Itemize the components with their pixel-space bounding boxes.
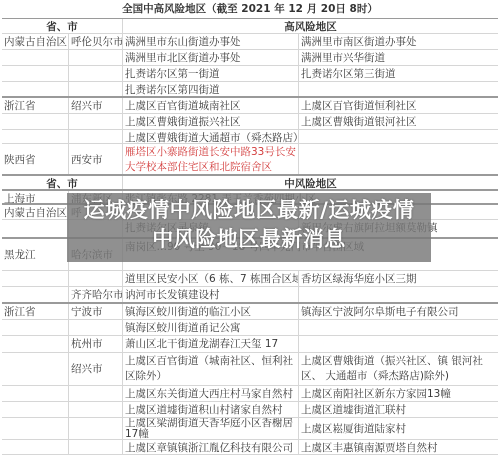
city-cell xyxy=(69,386,123,401)
table-row: 齐齐哈尔市 讷河市长发镇建设村 xyxy=(2,287,498,304)
city-cell: 西安市 xyxy=(69,144,123,174)
area-cell: 萧山区北干街道龙湖春江天玺 17 xyxy=(123,336,299,352)
area-cell: 满洲里市北区街道办事处 xyxy=(123,50,299,65)
area-cell: 扎赉诺尔区第一街道 xyxy=(123,66,299,81)
area-cell: 上虞区梁湖街道天香华庭小区香榭居17幢 xyxy=(123,418,299,439)
city-cell xyxy=(69,66,123,81)
area-cell: 上虞区道墟街道积山村诸家自然村 xyxy=(123,402,299,417)
province-cell xyxy=(2,440,69,454)
medium-risk-header-row: 省、市 中风险地区 xyxy=(2,176,498,191)
city-cell xyxy=(69,440,123,454)
table-row: 上虞区梁湖街道天香华庭小区香榭居17幢 上虞区崧厦街道陆家村 xyxy=(2,418,498,440)
area-cell xyxy=(299,336,498,352)
province-cell: 内蒙古自治区 xyxy=(2,205,69,219)
province-cell xyxy=(2,418,69,439)
province-cell xyxy=(2,353,69,385)
table-row: 上虞区曹娥街道大通超市（舜杰路店） xyxy=(2,130,498,144)
area-cell: 道里区民安小区（6 栋、7 栋围合区域） xyxy=(123,271,299,286)
province-cell xyxy=(2,82,69,96)
table-row: 内蒙古自治区 呼伦贝尔市 满洲里市东山街道办事处 满洲里市南区街道办事处 xyxy=(2,34,498,50)
medium-risk-areas-header: 中风险地区 xyxy=(123,176,498,189)
city-cell xyxy=(69,82,123,96)
area-cell: 上虞区章镇镇浙江胤亿科技有限公司 xyxy=(123,440,299,454)
area-cell: 上虞区曹娥街道振兴社区 xyxy=(123,114,299,129)
table-row: 浙江省 绍兴市 上虞区百官街道城南社区 上虞区百官街道恒利社区 xyxy=(2,98,498,114)
city-cell xyxy=(69,418,123,439)
city-cell: 齐齐哈尔市 xyxy=(69,287,123,302)
area-cell: 上虞区曹娥街道大通超市（舜杰路店） xyxy=(123,130,299,143)
province-cell xyxy=(2,402,69,417)
area-cell: 镇海区蛟川街道甬记公寓 xyxy=(123,320,299,335)
province-cell: 内蒙古自治区 xyxy=(2,34,69,49)
area-cell xyxy=(299,130,498,143)
area-cell: 香坊区绿海华庭小区三期 xyxy=(299,271,498,286)
headline-line-2: 中风险地区最新消息 xyxy=(67,225,431,254)
city-cell xyxy=(69,320,123,335)
headline-line-1: 运城疫情中风险地区最新/运城疫情 xyxy=(67,196,431,225)
province-cell: 上海市 xyxy=(2,191,69,203)
high-risk-areas-header: 高风险地区 xyxy=(123,19,498,33)
table-row: 扎赉诺尔区第四街道 xyxy=(2,82,498,98)
area-cell: 扎赉诺尔区第四街道 xyxy=(123,82,299,96)
province-cell xyxy=(2,220,69,237)
table-row: 镇海区蛟川街道甬记公寓 xyxy=(2,320,498,336)
province-cell xyxy=(2,271,69,286)
province-cell xyxy=(2,386,69,401)
province-cell: 陕西省 xyxy=(2,144,69,174)
area-cell: 讷河市长发镇建设村 xyxy=(123,287,299,302)
area-cell: 镇海区宁波阿尔阜斯电子有限公司 xyxy=(299,304,498,319)
city-cell: 绍兴市 xyxy=(69,98,123,113)
table-row: 浙江省 宁波市 镇海区蛟川街道的临江小区 镇海区宁波阿尔阜斯电子有限公司 xyxy=(2,304,498,320)
area-cell: 上虞区曹娥街道（振兴社区、镇 银河社区、 大通超市（舜杰路店)除外) xyxy=(299,353,498,385)
city-cell xyxy=(69,271,123,286)
city-cell xyxy=(69,402,123,417)
area-cell: 上虞区丰惠镇南源贾塔自然村 xyxy=(299,440,498,454)
area-cell: 上虞区百官街道城南社区 xyxy=(123,98,299,113)
province-cell xyxy=(2,114,69,129)
area-cell: 上虞区东关街道大西庄村马家自然村 xyxy=(123,386,299,401)
area-cell xyxy=(299,144,498,174)
headline-overlay: 运城疫情中风险地区最新/运城疫情 中风险地区最新消息 xyxy=(67,196,431,254)
table-row: 绍兴市 上虞区百官街道（城南社区、恒利社区除外） 上虞区曹娥街道（振兴社区、镇 … xyxy=(2,353,498,386)
area-cell: 上虞区百官街道恒利社区 xyxy=(299,98,498,113)
city-cell: 宁波市 xyxy=(69,304,123,319)
table-row: 上虞区道墟街道积山村诸家自然村 上虞区道墟街道汇联村 xyxy=(2,402,498,418)
province-cell xyxy=(2,336,69,352)
city-cell: 绍兴市 xyxy=(69,353,123,385)
table-title: 全国中高风险地区（截至 2021 年 12 月 20日 8时） xyxy=(2,0,498,19)
area-cell xyxy=(299,82,498,96)
city-cell xyxy=(69,130,123,143)
province-cell xyxy=(2,320,69,335)
table-row: 上虞区东关街道大西庄村马家自然村 上虞区南阳社区新东方家园13幢 xyxy=(2,386,498,402)
table-row: 满洲里市北区街道办事处 满洲里市兴华街道 xyxy=(2,50,498,66)
table-row: 杭州市 萧山区北干街道龙湖春江天玺 17 xyxy=(2,336,498,353)
city-cell: 杭州市 xyxy=(69,336,123,352)
area-cell: 上虞区崧厦街道陆家村 xyxy=(299,418,498,439)
area-cell xyxy=(299,320,498,335)
province-city-header: 省、市 xyxy=(2,176,123,189)
table-row: 上虞区章镇镇浙江胤亿科技有限公司 上虞区丰惠镇南源贾塔自然村 xyxy=(2,440,498,455)
province-cell xyxy=(2,130,69,143)
province-cell xyxy=(2,287,69,302)
area-cell: 上虞区道墟街道汇联村 xyxy=(299,402,498,417)
area-cell: 扎赉诺尔区第三街道 xyxy=(299,66,498,81)
area-cell: 上虞区曹娥街道银河社区 xyxy=(299,114,498,129)
province-cell: 浙江省 xyxy=(2,304,69,319)
area-cell: 满洲里市南区街道办事处 xyxy=(299,34,498,49)
province-cell: 黑龙江 xyxy=(2,239,69,270)
area-cell: 满洲里市兴华街道 xyxy=(299,50,498,65)
area-cell: 满洲里市东山街道办事处 xyxy=(123,34,299,49)
province-cell: 浙江省 xyxy=(2,98,69,113)
city-cell xyxy=(69,114,123,129)
table-row: 陕西省 西安市 雁塔区小寨路街道长安中路33号长安大学校本部住宅区和北院宿舍区 xyxy=(2,144,498,176)
province-cell xyxy=(2,66,69,81)
high-risk-header-row: 省、市 高风险地区 xyxy=(2,19,498,34)
table-row: 上虞区曹娥街道振兴社区 上虞区曹娥街道银河社区 xyxy=(2,114,498,130)
area-cell: 上虞区南阳社区新东方家园13幢 xyxy=(299,386,498,401)
area-cell-highlighted: 雁塔区小寨路街道长安中路33号长安大学校本部住宅区和北院宿舍区 xyxy=(123,144,299,174)
province-city-header: 省、市 xyxy=(2,19,123,33)
table-row: 扎赉诺尔区第一街道 扎赉诺尔区第三街道 xyxy=(2,66,498,82)
city-cell xyxy=(69,50,123,65)
province-cell xyxy=(2,50,69,65)
area-cell: 镇海区蛟川街道的临江小区 xyxy=(123,304,299,319)
city-cell: 呼伦贝尔市 xyxy=(69,34,123,49)
area-cell: 上虞区百官街道（城南社区、恒利社区除外） xyxy=(123,353,299,385)
area-cell xyxy=(299,287,498,302)
table-row: 道里区民安小区（6 栋、7 栋围合区域） 香坊区绿海华庭小区三期 xyxy=(2,271,498,287)
